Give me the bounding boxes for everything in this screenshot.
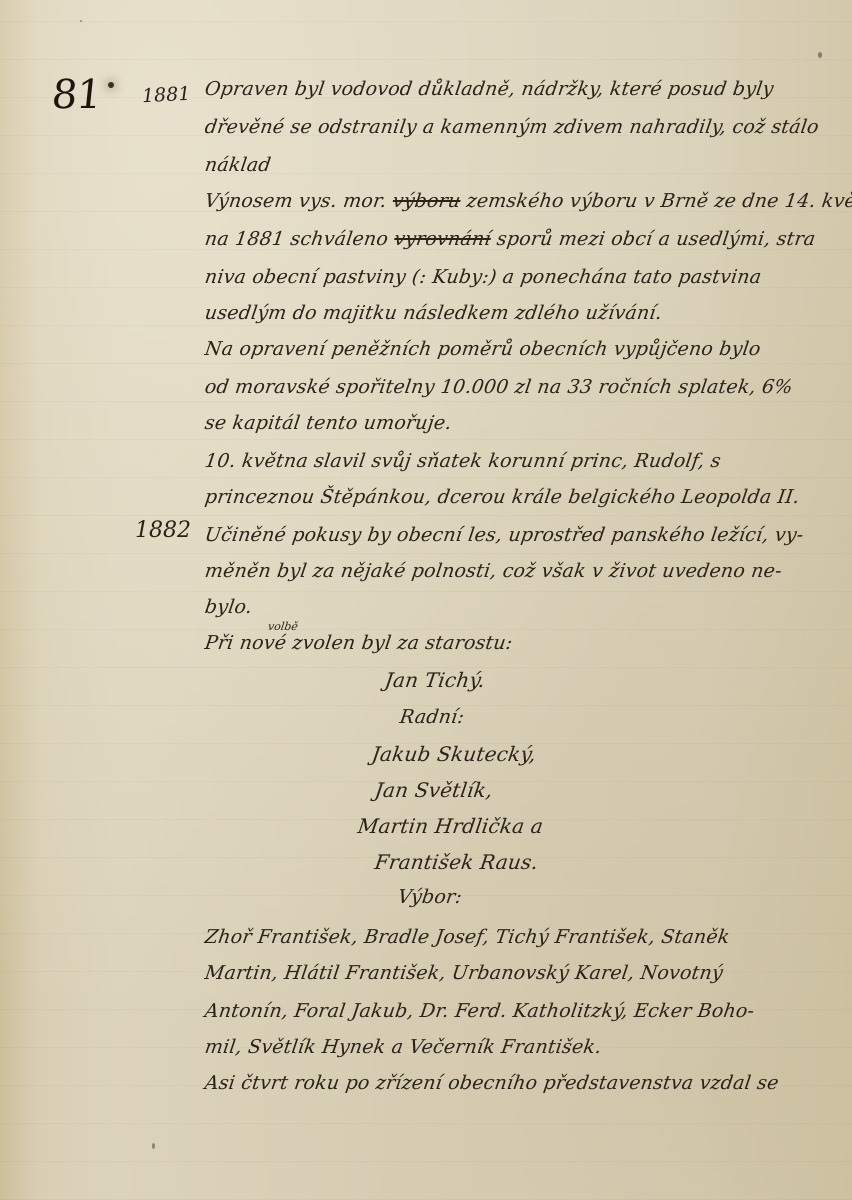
text-line: bylo.: [203, 596, 253, 618]
text-segment: na 1881 schváleno: [203, 228, 389, 250]
text-line: Zhoř František, Bradle Josef, Tichý Fran…: [203, 926, 731, 948]
text-segment: Výnosem vys. mor.: [203, 190, 388, 212]
councillor-name: Jakub Skutecký,: [370, 742, 537, 766]
struck-word: výboru: [391, 190, 462, 212]
councillor-name: Jan Světlík,: [373, 778, 494, 802]
text-line: náklad: [203, 154, 272, 176]
ink-speck: [80, 20, 82, 22]
struck-word: vyrovnání: [393, 228, 492, 250]
mayor-name: Jan Tichý.: [383, 668, 486, 692]
section-heading-radni: Radní:: [398, 706, 465, 728]
text-line: Učiněné pokusy by obecní les, uprostřed …: [203, 524, 805, 546]
text-line: Výnosem vys. mor. výboru zemského výboru…: [203, 190, 852, 212]
text-line: Antonín, Foral Jakub, Dr. Ferd. Katholit…: [203, 1000, 755, 1022]
text-line: se kapitál tento umořuje.: [203, 412, 453, 434]
text-line: 10. května slavil svůj sňatek korunní pr…: [203, 450, 722, 472]
text-line: měněn byl za nějaké polnosti, což však v…: [203, 560, 783, 582]
text-line: niva obecní pastviny (: Kuby:) a ponechá…: [203, 266, 762, 288]
text-line: Martin, Hlátil František, Urbanovský Kar…: [203, 962, 724, 984]
ink-blot: [108, 82, 114, 88]
councillor-name: Martin Hrdlička a: [356, 814, 545, 838]
text-line: usedlým do majitku následkem zdlého užív…: [203, 302, 663, 324]
text-line: princeznou Štěpánkou, dcerou krále belgi…: [203, 486, 801, 508]
folio-number: 81: [50, 72, 104, 118]
margin-year-1881: 1881: [141, 83, 190, 108]
ink-speck: [152, 1143, 155, 1149]
councillor-name: František Raus.: [373, 850, 540, 874]
text-line: dřevěné se odstranily a kamenným zdivem …: [203, 116, 820, 138]
text-line: Na opravení peněžních poměrů obecních vy…: [203, 338, 762, 360]
text-segment: sporů mezi obcí a usedlými, stra: [495, 228, 816, 250]
section-heading-vybor: Výbor:: [396, 886, 463, 908]
text-line: Při nové zvolen byl za starostu:: [203, 632, 514, 654]
text-line: mil, Světlík Hynek a Večerník František.: [203, 1036, 603, 1058]
ink-speck: [818, 52, 822, 58]
text-line: na 1881 schváleno vyrovnání sporů mezi o…: [203, 228, 816, 250]
text-line: od moravské spořitelny 10.000 zl na 33 r…: [203, 376, 794, 398]
text-line: Opraven byl vodovod důkladně, nádržky, k…: [203, 78, 775, 100]
text-segment: zemského výboru v Brně ze dne 14. květ.: [465, 190, 852, 212]
margin-year-1882: 1882: [135, 518, 191, 543]
manuscript-page: 81 1881 1882 Opraven byl vodovod důkladn…: [0, 0, 852, 1200]
text-line: Asi čtvrt roku po zřízení obecního předs…: [203, 1072, 780, 1094]
